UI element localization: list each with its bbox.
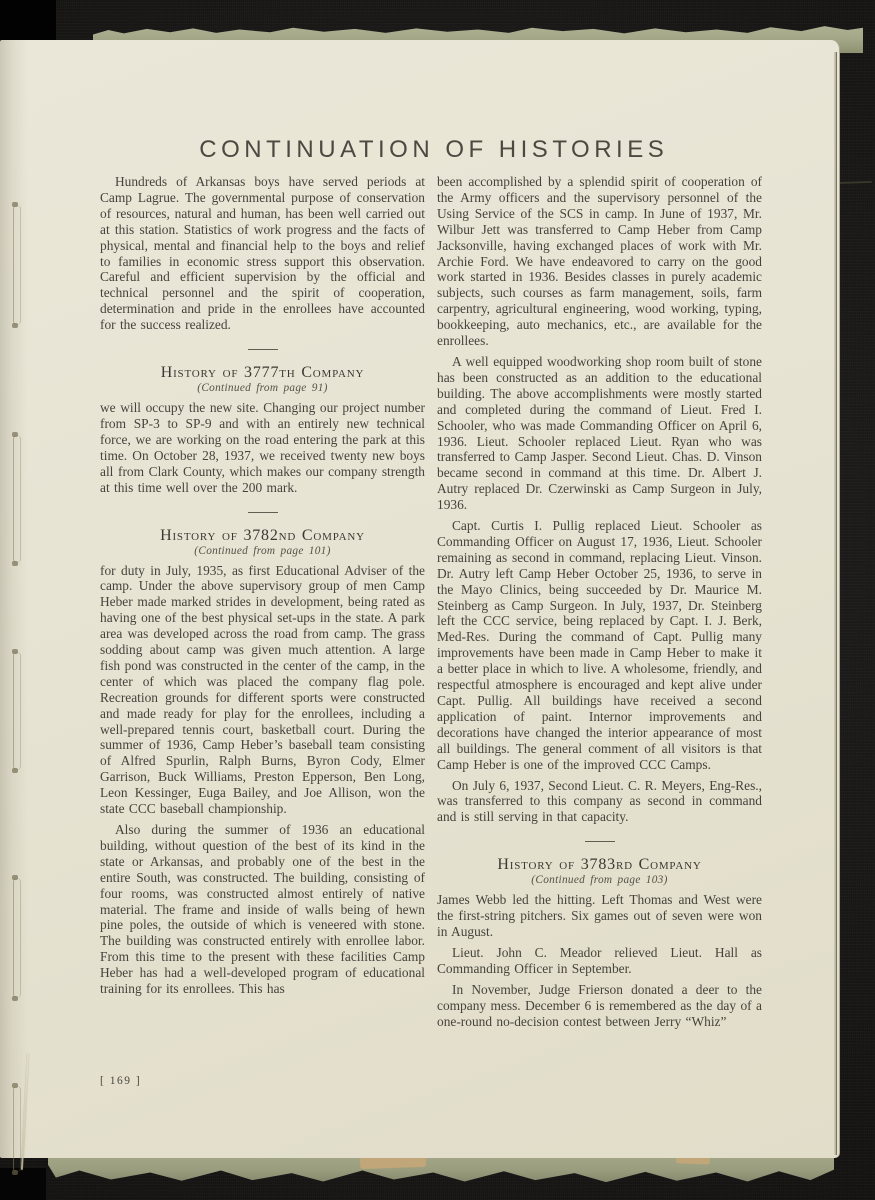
book-page: CONTINUATION OF HISTORIES Hundreds of Ar… xyxy=(0,40,840,1158)
paragraph: we will occupy the new site. Changing ou… xyxy=(100,400,425,495)
paragraph: Capt. Curtis I. Pullig replaced Lieut. S… xyxy=(437,518,762,773)
scanner-bed-corner xyxy=(0,0,56,44)
paragraph: Lieut. John C. Meador relieved Lieut. Ha… xyxy=(437,945,762,977)
paragraph: On July 6, 1937, Second Lieut. C. R. Mey… xyxy=(437,778,762,826)
left-column: Hundreds of Arkansas boys have served pe… xyxy=(100,174,425,1035)
paragraph: Hundreds of Arkansas boys have served pe… xyxy=(100,174,425,333)
paragraph: for duty in July, 1935, as first Educati… xyxy=(100,563,425,818)
section-continued-note: (Continued from page 103) xyxy=(437,874,762,887)
paragraph: A well equipped woodworking shop room bu… xyxy=(437,354,762,513)
right-column: been accomplished by a splendid spirit o… xyxy=(437,174,762,1035)
scanner-bed-corner xyxy=(0,1168,46,1200)
section-heading-3783: History of 3783rd Company xyxy=(437,856,762,874)
page-content: CONTINUATION OF HISTORIES Hundreds of Ar… xyxy=(0,40,839,1158)
page-title: CONTINUATION OF HISTORIES xyxy=(100,136,763,164)
section-heading-3777: History of 3777th Company xyxy=(100,364,425,382)
section-divider xyxy=(248,512,278,513)
paragraph: been accomplished by a splendid spirit o… xyxy=(437,174,762,349)
section-continued-note: (Continued from page 101) xyxy=(100,545,425,558)
section-heading-3782: History of 3782nd Company xyxy=(100,527,425,545)
paragraph: James Webb led the hitting. Left Thomas … xyxy=(437,892,762,940)
paragraph: In November, Judge Frierson donated a de… xyxy=(437,982,762,1030)
page-number: [ 169 ] xyxy=(100,1075,141,1087)
section-continued-note: (Continued from page 91) xyxy=(100,382,425,395)
two-column-text: Hundreds of Arkansas boys have served pe… xyxy=(100,174,763,1035)
section-divider xyxy=(585,841,615,842)
section-divider xyxy=(248,349,278,350)
paragraph: Also during the summer of 1936 an educat… xyxy=(100,822,425,997)
